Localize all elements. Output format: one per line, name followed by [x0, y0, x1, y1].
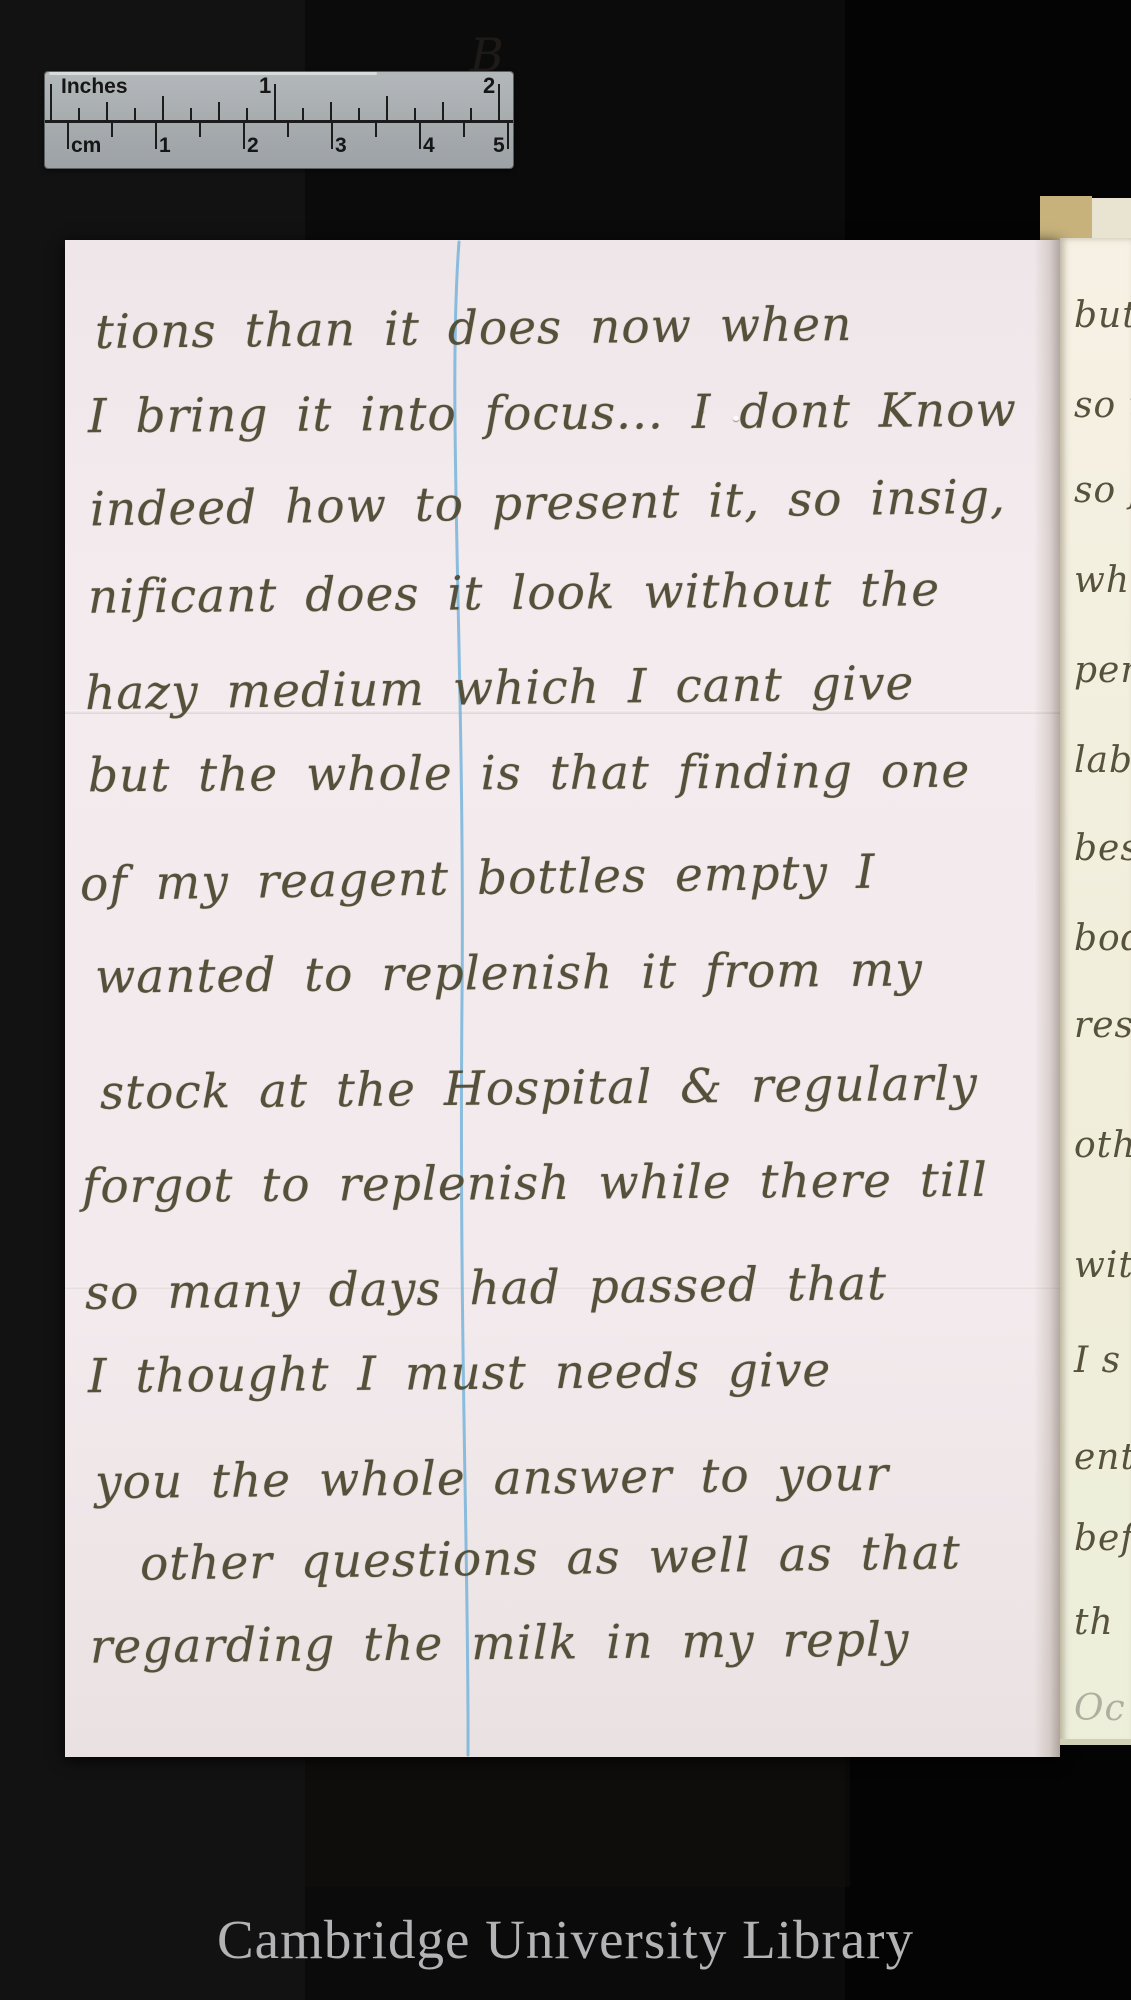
ruler-tick	[274, 84, 276, 120]
ruler-tick	[498, 84, 500, 120]
book-spine-paper	[1092, 198, 1131, 242]
handwriting-fragment: pent	[1074, 650, 1131, 691]
photo-stage: B Inches 1 2 cm 1 2 3 4 5 tions than it …	[0, 0, 1131, 2000]
handwriting-line: of my reagent bottles empty I	[80, 845, 876, 912]
book-spine-edge	[1040, 196, 1092, 244]
ruler-tick	[111, 123, 113, 137]
handwriting-fragment: th	[1074, 1602, 1114, 1643]
handwriting-fragment: with	[1074, 1245, 1131, 1286]
library-caption: Cambridge University Library	[0, 1908, 1131, 1971]
ruler-tick	[330, 102, 332, 120]
ruler-inches-label: Inches	[61, 75, 128, 99]
handwriting-line: you the whole answer to your	[95, 1447, 890, 1510]
handwriting-line: other questions as well as that	[140, 1525, 961, 1591]
handwriting-line: tions than it does now when	[95, 297, 853, 360]
ruler-tick	[199, 123, 201, 137]
ruler-tick	[419, 123, 421, 149]
handwriting-fragment: bod	[1074, 918, 1131, 959]
ruler-cm-number: 4	[423, 134, 435, 158]
measurement-ruler: Inches 1 2 cm 1 2 3 4 5	[45, 72, 513, 168]
handwriting-fragment: when	[1074, 560, 1131, 601]
ruler-cm-label: cm	[71, 134, 101, 158]
ruler-tick	[106, 102, 108, 120]
letter-page: tions than it does now when I bring it i…	[65, 240, 1060, 1757]
ruler-tick	[331, 123, 333, 149]
handwriting-line: indeed how to present it, so insig,	[90, 470, 1007, 538]
ruler-tick	[463, 123, 465, 137]
handwriting-line: wanted to replenish it from my	[95, 942, 923, 1004]
ruler-tick	[134, 108, 136, 120]
ruler-tick	[442, 102, 444, 120]
handwriting-line: but the whole is that finding one	[88, 744, 971, 804]
ruler-cm-number: 2	[247, 134, 259, 158]
handwriting-fragment: so till	[1074, 385, 1131, 426]
ruler-tick	[155, 123, 157, 149]
second-page-edge: but so till so few when pent label best …	[1060, 238, 1131, 1745]
handwriting-fragment: best	[1074, 828, 1131, 869]
ruler-tick	[50, 84, 52, 120]
handwriting-fragment: label	[1074, 740, 1131, 781]
handwriting-fragment: bef	[1074, 1518, 1131, 1559]
ruler-divider-line	[45, 120, 513, 123]
handwriting-fragment: othe	[1074, 1125, 1131, 1166]
ruler-tick	[67, 123, 69, 149]
ruler-tick	[470, 108, 472, 120]
handwriting-line: regarding the milk in my reply	[90, 1612, 910, 1674]
handwriting-fragment: res	[1074, 1005, 1131, 1046]
handwriting-line: hazy medium which I cant give	[85, 656, 915, 721]
ruler-tick	[414, 108, 416, 120]
ruler-tick	[190, 108, 192, 120]
ruler-inch-number: 1	[259, 73, 271, 99]
handwriting-line: forgot to replenish while there till	[82, 1153, 988, 1214]
handwriting-line: so many days had passed that	[85, 1256, 888, 1321]
ruler-tick	[162, 96, 164, 120]
handwriting-line: nificant does it look without the	[88, 562, 941, 624]
ruler-tick	[218, 102, 220, 120]
ruler-cm-number: 3	[335, 134, 347, 158]
ruler-tick	[386, 96, 388, 120]
handwriting-fragment: ent	[1074, 1437, 1131, 1478]
ruler-tick	[302, 108, 304, 120]
ruler-tick	[78, 108, 80, 120]
ruler-cm-number: 1	[159, 134, 171, 158]
handwriting-fragment-pencil: Oc	[1074, 1688, 1126, 1729]
handwriting-fragment: but	[1074, 295, 1131, 336]
ruler-tick	[507, 123, 509, 149]
handwriting-line: stock at the Hospital & regularly	[100, 1056, 978, 1120]
handwriting-fragment: I s	[1074, 1340, 1121, 1381]
background-shadow-under-page	[305, 1757, 850, 1887]
ruler-cm-number: 5	[493, 134, 505, 158]
ruler-tick	[246, 108, 248, 120]
ruler-tick	[375, 123, 377, 137]
handwriting-line: I bring it into focus... I dont Know	[88, 383, 1017, 444]
handwriting-line: I thought I must needs give	[88, 1343, 832, 1404]
ruler-tick	[243, 123, 245, 149]
ruler-tick	[287, 123, 289, 137]
handwriting-fragment: so few	[1074, 470, 1131, 511]
ruler-tick	[358, 108, 360, 120]
ruler-inch-number: 2	[483, 73, 495, 99]
